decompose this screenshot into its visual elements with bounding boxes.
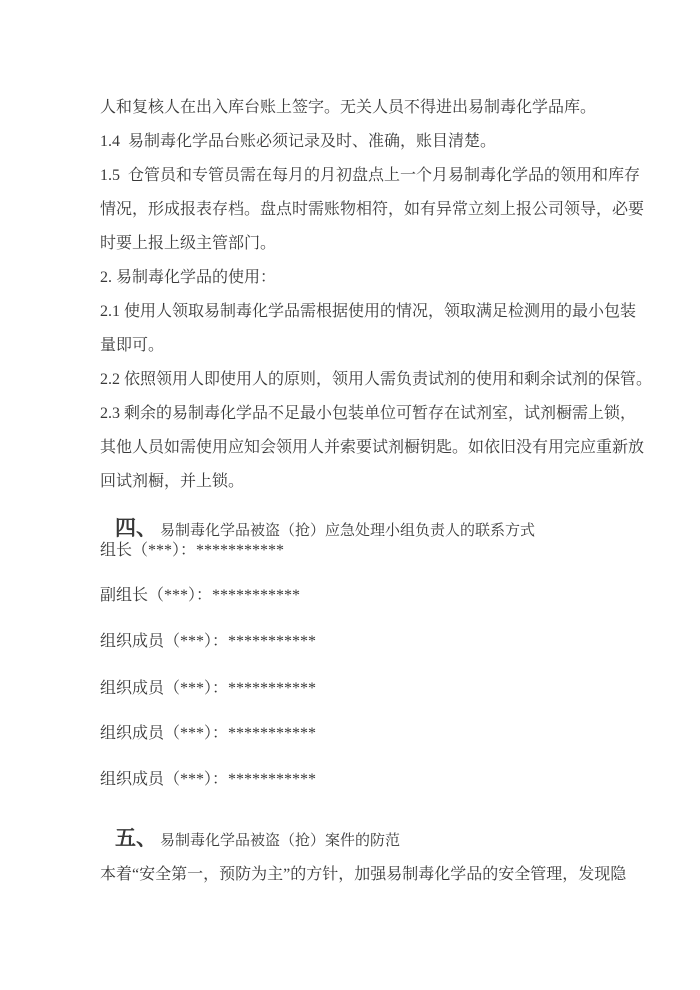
- document-line: 量即可。: [100, 337, 164, 355]
- contact-line: 组织成员（***）：***********: [100, 771, 316, 789]
- document-line: 回试剂橱，并上锁。: [100, 473, 244, 491]
- document-line: 2.3 剩余的易制毒化学品不足最小包装单位可暂存在试剂室，试剂橱需上锁，: [100, 405, 636, 423]
- document-line: 时要上报上级主管部门。: [100, 235, 276, 253]
- document-line: 2.1 使用人领取易制毒化学品需根据使用的情况，领取满足检测用的最小包装: [100, 303, 636, 321]
- contact-line: 副组长（***）：***********: [100, 587, 300, 605]
- document-line: 人和复核人在出入库台账上签字。无关人员不得进出易制毒化学品库。: [100, 99, 596, 117]
- contact-line: 组织成员（***）：***********: [100, 725, 316, 743]
- document-page: 人和复核人在出入库台账上签字。无关人员不得进出易制毒化学品库。 1.4 易制毒化…: [0, 0, 700, 990]
- section-title: 易制毒化学品被盗（抢）应急处理小组负责人的联系方式: [160, 522, 535, 539]
- document-line: 1.4 易制毒化学品台账必须记录及时、准确，账目清楚。: [100, 133, 496, 151]
- contact-line: 组织成员（***）：***********: [100, 680, 316, 698]
- contact-line: 组长（***）：***********: [100, 542, 284, 560]
- document-line: 其他人员如需使用应知会领用人并索要试剂橱钥匙。如依旧没有用完应重新放: [100, 439, 644, 457]
- section-title: 易制毒化学品被盗（抢）案件的防范: [160, 832, 400, 849]
- section-number: 四、: [115, 517, 157, 540]
- document-line: 本着“安全第一，预防为主”的方针，加强易制毒化学品的安全管理，发现隐: [100, 866, 626, 884]
- document-line: 情况，形成报表存档。盘点时需账物相符，如有异常立刻上报公司领导，必要: [100, 201, 644, 219]
- contact-line: 组织成员（***）：***********: [100, 633, 316, 651]
- section-number: 五、: [115, 827, 157, 850]
- document-line: 2. 易制毒化学品的使用：: [100, 269, 276, 287]
- document-line: 1.5 仓管员和专管员需在每月的月初盘点上一个月易制毒化学品的领用和库存: [100, 167, 640, 185]
- document-line: 2.2 依照领用人即使用人的原则，领用人需负责试剂的使用和剩余试剂的保管。: [100, 371, 652, 389]
- section-heading-5: 五、易制毒化学品被盗（抢）案件的防范: [99, 811, 400, 867]
